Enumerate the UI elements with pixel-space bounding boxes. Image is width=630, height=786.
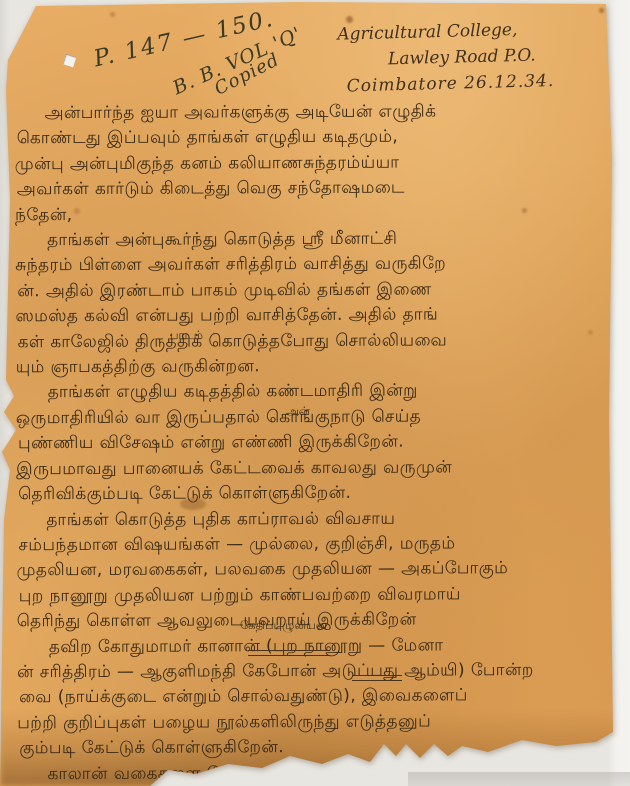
handwritten-line: ஸமஸ்த கல்வி என்பது பற்றி வாசித்தேன். அதி…: [15, 302, 611, 330]
handwritten-line: தாங்கள் கொடுத்த புதிக காப்ராவல் விவசாய: [16, 505, 612, 533]
interlinear-correction: பாடம்: [170, 328, 203, 344]
interlinear-correction: கேதிப்புழுலியன: [240, 618, 327, 634]
address-line-city-date: Coimbatore 26.12.34.: [346, 66, 619, 99]
handwritten-line: முன்பு அன்புமிகுந்த கனம் கலியாணசுந்தரம்ய…: [15, 150, 611, 178]
handwritten-line: யும் ஞாபகத்திற்கு வருகின்றன.: [16, 353, 612, 381]
handwritten-line: கள் காலேஜில் திருத்திக் கொடுத்தபோது சொல்…: [18, 327, 612, 355]
letterhead-address: Agricultural College, Lawley Road P.O. C…: [337, 14, 619, 99]
handwritten-line: தாங்கள் அன்புகூர்ந்து கொடுத்த ஸ்ரீ மீனாட…: [17, 226, 611, 254]
handwritten-line: ன் சரித்திரம் — ஆகுளிமந்தி கேபோன் அடுப்ப…: [17, 658, 613, 686]
handwritten-line: ந்தேன்,: [15, 200, 611, 228]
handwritten-line: முதலியன, மரவகைகள், பலவகை முதலியன — அகப்ப…: [17, 556, 613, 584]
foxing-stain: [110, 12, 115, 17]
handwritten-line: புற நானூறு முதலியன பற்றும் காண்பவற்றை வி…: [19, 581, 613, 609]
punch-hole: [63, 54, 77, 68]
interlinear-correction: அன்: [286, 404, 310, 420]
handwritten-line: சம்பந்தமான விஷயங்கள் — முல்லை, குறிஞ்சி,…: [18, 531, 612, 559]
handwritten-line: தாங்கள் எழுதிய கடிதத்தில் கண்டமாதிரி இன்…: [18, 378, 612, 406]
handwritten-line: கொண்டது இப்பவும் தாங்கள் எழுதிய கடிதமும்…: [17, 124, 611, 152]
emphasis-underline: [248, 650, 330, 656]
handwritten-line: பற்றி குறிப்புகள் பழைய நூல்களிலிருந்து எ…: [17, 708, 613, 736]
letter-page: P. 147 — 150. B. B. VOL 'Q' Copied Agric…: [0, 0, 630, 786]
handwritten-line: ன். அதில் இரண்டாம் பாகம் முடிவில் தங்கள்…: [17, 277, 611, 305]
handwritten-line: தவிற கோதுமாமர் கானான் (புற நானூறு — மேனா: [19, 632, 613, 660]
body-lines: அன்பார்ந்த ஐயா அவர்களுக்கு அடியேன் எழுதி…: [15, 99, 614, 786]
handwritten-line: அவர்கள் கார்டும் கிடைத்து வெகு சந்தோஷமடை: [17, 175, 611, 203]
handwritten-line: அன்பார்ந்த ஐயா அவர்களுக்கு அடியேன் எழுதி…: [15, 99, 611, 127]
handwritten-line: தெரிவிக்கும்படி கேட்டுக் கொள்ளுகிறேன்.: [18, 480, 612, 508]
paper-sheet: P. 147 — 150. B. B. VOL 'Q' Copied Agric…: [0, 0, 630, 786]
handwritten-line: சுந்தரம் பிள்ளை அவர்கள் சரித்திரம் வாசித…: [15, 251, 611, 279]
edge-stain: [616, 0, 630, 786]
handwritten-line: இருபமாவது பானையக் கேட்டவைக் காவலது வருமு…: [16, 454, 612, 482]
foxing-stain: [599, 8, 604, 13]
handwritten-line: கும்படி கேட்டுக் கொள்ளுகிறேன்.: [19, 734, 613, 762]
underlying-sheet-edge: [408, 772, 630, 786]
emphasis-underline: [352, 675, 402, 681]
handwritten-line: புண்ணிய விசேஷம் என்று எண்ணி இருக்கிறேன்.: [18, 429, 612, 457]
handwritten-line: வை (நாய்க்குடை என்றும் சொல்வதுண்டு), இவை…: [19, 683, 613, 711]
handwritten-line: ஒருமாதிரியில் வா இருப்பதால் கொங்குநாடு ச…: [16, 404, 612, 432]
